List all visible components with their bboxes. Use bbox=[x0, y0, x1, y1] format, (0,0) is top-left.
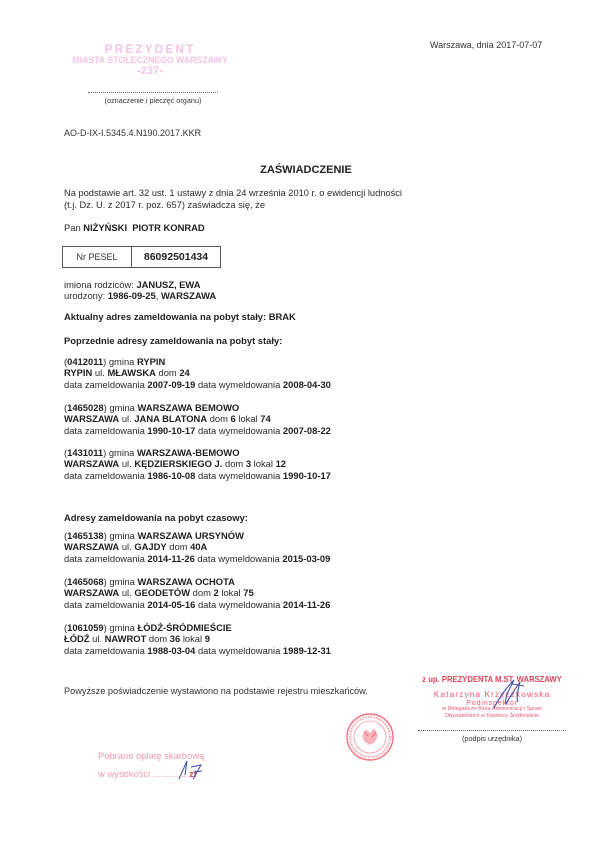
born-label: urodzony: bbox=[64, 290, 105, 301]
address-code: 0412011 bbox=[67, 356, 103, 367]
deregistered-date: 2007-08-22 bbox=[283, 425, 331, 436]
issue-date: Warszawa, dnia 2017-07-07 bbox=[430, 40, 542, 50]
address-code: 1061059 bbox=[67, 622, 104, 633]
current-address: Aktualny adres zameldowania na pobyt sta… bbox=[64, 311, 296, 322]
document-title: ZAŚWIADCZENIE bbox=[0, 164, 612, 176]
address-line-street: WARSZAWA ul. GEODETÓW dom 2 lokal 75 bbox=[64, 587, 330, 598]
born-date: 1986-09-25 bbox=[108, 290, 156, 301]
address-code: 1465138 bbox=[67, 530, 104, 541]
address-line-dates: data zameldowania 1986-10-08 data wymeld… bbox=[64, 470, 331, 481]
footer-note: Powyższe poświadczenie wystawiono na pod… bbox=[64, 686, 368, 696]
parents-line: imiona rodziców: JANUSZ, EWA bbox=[64, 279, 216, 290]
organ-dotted-line bbox=[88, 92, 218, 93]
address-house: 2 bbox=[214, 587, 219, 598]
address-line-street: WARSZAWA ul. KĘDZIERSKIEGO J. dom 3 loka… bbox=[64, 458, 331, 469]
address-gmina: ŁÓDŹ-ŚRÓDMIEŚCIE bbox=[138, 622, 232, 633]
address-flat: 75 bbox=[243, 587, 253, 598]
deregistered-date: 2008-04-30 bbox=[283, 379, 331, 390]
registered-date: 2014-11-26 bbox=[147, 553, 194, 564]
stamp-line-2: MIASTA STOŁECZNEGO WARSZAWY bbox=[67, 55, 233, 66]
address-city: RYPIN bbox=[64, 367, 92, 378]
deregistered-date: 2014-11-26 bbox=[283, 599, 330, 610]
address-entry: (1465068) gmina WARSZAWA OCHOTAWARSZAWA … bbox=[64, 576, 330, 610]
address-line-gmina: (1061059) gmina ŁÓDŹ-ŚRÓDMIEŚCIE bbox=[64, 622, 331, 633]
address-flat: 12 bbox=[276, 458, 286, 469]
intro-line-1: Na podstawie art. 32 ust. 1 ustawy z dni… bbox=[64, 188, 544, 200]
address-line-street: ŁÓDŹ ul. NAWROT dom 36 lokal 9 bbox=[64, 633, 331, 644]
address-street: GAJDY bbox=[134, 541, 166, 552]
signature-unit-2: Obywatelskich w Dzielnicy Śródmieście bbox=[412, 713, 572, 720]
stamp-line-3: -237- bbox=[60, 66, 240, 77]
address-gmina: RYPIN bbox=[137, 356, 165, 367]
parents-value: JANUSZ, EWA bbox=[136, 279, 200, 290]
address-flat: 9 bbox=[205, 633, 210, 644]
fee-prefix: w wysokości ............. bbox=[98, 768, 187, 779]
address-line-street: RYPIN ul. MŁAWSKA dom 24 bbox=[64, 367, 331, 378]
address-street: MŁAWSKA bbox=[107, 367, 155, 378]
address-line-dates: data zameldowania 2014-11-26 data wymeld… bbox=[64, 553, 330, 564]
parents-label: imiona rodziców: bbox=[64, 279, 134, 290]
address-city: ŁÓDŹ bbox=[64, 633, 90, 644]
address-house: 40A bbox=[190, 541, 207, 552]
address-city: WARSZAWA bbox=[64, 413, 119, 424]
address-line-gmina: (1465138) gmina WARSZAWA URSYNÓW bbox=[64, 530, 330, 541]
stamp-line-1: PREZYDENT bbox=[60, 44, 240, 55]
signature-label: (podpis urzędnika) bbox=[418, 734, 566, 743]
address-line-street: WARSZAWA ul. GAJDY dom 40A bbox=[64, 541, 330, 552]
pesel-value: 86092501434 bbox=[132, 247, 220, 267]
person-line: Pan NIŻYŃSKI PIOTR KONRAD bbox=[64, 222, 205, 233]
deregistered-date: 1989-12-31 bbox=[283, 645, 331, 656]
registered-date: 2014-05-16 bbox=[147, 599, 195, 610]
address-gmina: WARSZAWA BEMOWO bbox=[138, 402, 240, 413]
deregistered-date: 2015-03-09 bbox=[282, 553, 330, 564]
signature-dotted-line bbox=[418, 730, 566, 731]
address-street: JANA BLATONA bbox=[134, 413, 207, 424]
address-street: NAWROT bbox=[105, 633, 147, 644]
address-line-dates: data zameldowania 2007-09-19 data wymeld… bbox=[64, 379, 331, 390]
address-line-gmina: (1431011) gmina WARSZAWA-BEMOWO bbox=[64, 447, 331, 458]
personal-details: imiona rodziców: JANUSZ, EWA urodzony: 1… bbox=[64, 279, 216, 301]
handwritten-amount-icon bbox=[175, 757, 207, 781]
person-name: NIŻYŃSKI PIOTR KONRAD bbox=[83, 222, 204, 233]
address-entry: (1431011) gmina WARSZAWA-BEMOWOWARSZAWA … bbox=[64, 447, 331, 481]
address-code: 1431011 bbox=[67, 447, 103, 458]
born-place: WARSZAWA bbox=[161, 290, 216, 301]
pesel-label: Nr PESEL bbox=[63, 247, 132, 267]
address-line-dates: data zameldowania 1988-03-04 data wymeld… bbox=[64, 645, 331, 656]
official-seal-icon bbox=[345, 712, 395, 762]
address-street: GEODETÓW bbox=[134, 587, 190, 598]
person-prefix: Pan bbox=[64, 222, 81, 233]
address-code: 1465028 bbox=[67, 402, 104, 413]
address-entry: (1061059) gmina ŁÓDŹ-ŚRÓDMIEŚCIEŁÓDŹ ul.… bbox=[64, 622, 331, 656]
address-line-gmina: (0412011) gmina RYPIN bbox=[64, 356, 331, 367]
address-house: 24 bbox=[179, 367, 189, 378]
address-entry: (1465138) gmina WARSZAWA URSYNÓWWARSZAWA… bbox=[64, 530, 330, 564]
organ-label: (oznaczenie i pieczęć organu) bbox=[88, 96, 218, 105]
registered-date: 1988-03-04 bbox=[147, 645, 195, 656]
address-city: WARSZAWA bbox=[64, 458, 119, 469]
address-house: 36 bbox=[170, 633, 180, 644]
address-code: 1465068 bbox=[67, 576, 104, 587]
intro-paragraph: Na podstawie art. 32 ust. 1 ustawy z dni… bbox=[64, 188, 544, 211]
registered-date: 2007-09-19 bbox=[147, 379, 195, 390]
address-line-gmina: (1465068) gmina WARSZAWA OCHOTA bbox=[64, 576, 330, 587]
address-line-dates: data zameldowania 1990-10-17 data wymeld… bbox=[64, 425, 331, 436]
address-line-gmina: (1465028) gmina WARSZAWA BEMOWO bbox=[64, 402, 331, 413]
organ-stamp: PREZYDENT MIASTA STOŁECZNEGO WARSZAWY -2… bbox=[60, 44, 240, 77]
address-city: WARSZAWA bbox=[64, 541, 119, 552]
registered-date: 1990-10-17 bbox=[147, 425, 195, 436]
address-entry: (0412011) gmina RYPINRYPIN ul. MŁAWSKA d… bbox=[64, 356, 331, 390]
pesel-box: Nr PESEL 86092501434 bbox=[62, 246, 221, 268]
address-house: 6 bbox=[231, 413, 236, 424]
previous-addresses-heading: Poprzednie adresy zameldowania na pobyt … bbox=[64, 335, 282, 346]
address-gmina: WARSZAWA URSYNÓW bbox=[138, 530, 244, 541]
address-gmina: WARSZAWA-BEMOWO bbox=[137, 447, 240, 458]
address-street: KĘDZIERSKIEGO J. bbox=[134, 458, 222, 469]
address-gmina: WARSZAWA OCHOTA bbox=[138, 576, 235, 587]
reference-number: AO-D-IX-I.5345.4.N190.2017.KKR bbox=[64, 128, 201, 138]
born-line: urodzony: 1986-09-25, WARSZAWA bbox=[64, 290, 216, 301]
intro-line-2: (t.j. Dz. U. z 2017 r. poz. 657) zaświad… bbox=[64, 200, 544, 212]
registered-date: 1986-10-08 bbox=[147, 470, 195, 481]
address-house: 3 bbox=[246, 458, 251, 469]
address-flat: 74 bbox=[260, 413, 270, 424]
handwritten-signature-icon bbox=[490, 676, 528, 712]
temporary-addresses-heading: Adresy zameldowania na pobyt czasowy: bbox=[64, 512, 248, 523]
address-line-dates: data zameldowania 2014-05-16 data wymeld… bbox=[64, 599, 330, 610]
deregistered-date: 1990-10-17 bbox=[283, 470, 331, 481]
address-entry: (1465028) gmina WARSZAWA BEMOWOWARSZAWA … bbox=[64, 402, 331, 436]
address-city: WARSZAWA bbox=[64, 587, 119, 598]
address-line-street: WARSZAWA ul. JANA BLATONA dom 6 lokal 74 bbox=[64, 413, 331, 424]
